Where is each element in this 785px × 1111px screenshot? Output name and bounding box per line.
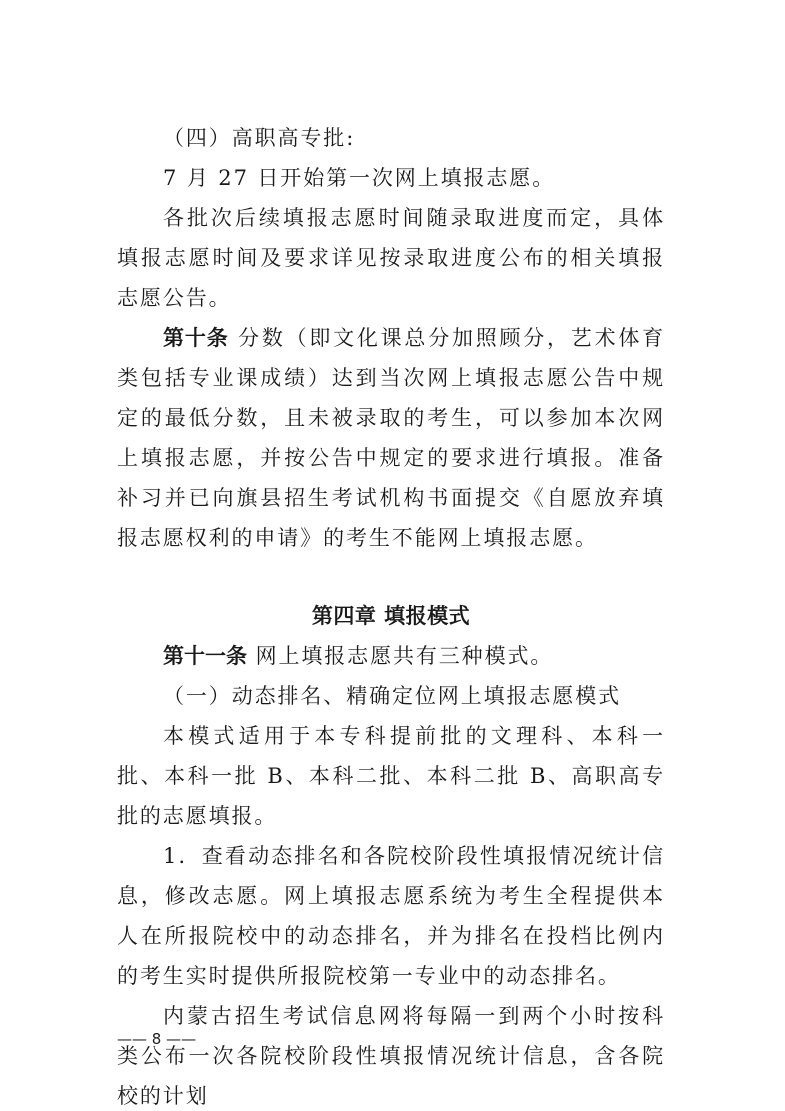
chapter-title: 第四章 填报模式 (117, 596, 665, 636)
paragraph-ranking: 1．查看动态排名和各院校阶段性填报情况统计信息，修改志愿。网上填报志愿系统为考生… (117, 836, 665, 996)
paragraph-mode-scope: 本模式适用于本专科提前批的文理科、本科一批、本科一批 B、本科二批、本科二批 B… (117, 716, 665, 836)
paragraph-schedule: 各批次后续填报志愿时间随录取进度而定，具体填报志愿时间及要求详见按录取进度公布的… (117, 198, 665, 318)
article-10-title: 第十条 (163, 326, 229, 350)
section-heading-4: （四）高职高专批: (117, 118, 665, 158)
paragraph-statistics: 内蒙古招生考试信息网将每隔一到两个小时按科类公布一次各院校阶段性填报情况统计信息… (117, 996, 665, 1111)
article-11: 第十一条 网上填报志愿共有三种模式。 (117, 636, 665, 676)
mode-1-heading: （一）动态排名、精确定位网上填报志愿模式 (117, 676, 665, 716)
paragraph-date: 7 月 27 日开始第一次网上填报志愿。 (117, 158, 665, 198)
article-11-body: 网上填报志愿共有三种模式。 (247, 644, 553, 668)
article-10: 第十条 分数（即文化课总分加照顾分，艺术体育类包括专业课成绩）达到当次网上填报志… (117, 318, 665, 558)
page-number: —— 8 —— (117, 1030, 196, 1048)
article-11-title: 第十一条 (163, 644, 247, 668)
article-10-body: 分数（即文化课总分加照顾分，艺术体育类包括专业课成绩）达到当次网上填报志愿公告中… (117, 326, 665, 550)
document-page: （四）高职高专批: 7 月 27 日开始第一次网上填报志愿。 各批次后续填报志愿… (117, 118, 665, 1111)
